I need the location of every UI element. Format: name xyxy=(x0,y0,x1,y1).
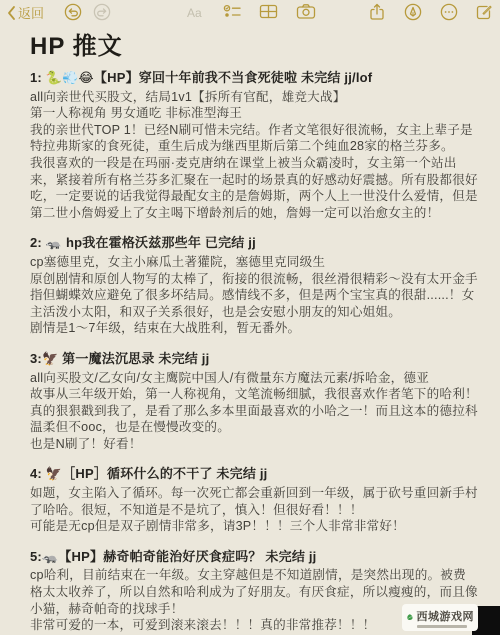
entry-header: 5:🦡【HP】赫奇帕奇能治好厌食症吗？ 未完结 jj xyxy=(30,549,478,566)
rec-entry-2: 2: 🦡 hp我在霍格沃兹那些年 已完结 jj cp塞德里克，女主小麻瓜土著獾院… xyxy=(30,235,478,337)
entry-header: 4: 🦅［HP］循环什么的不干了 未完结 jj xyxy=(30,466,478,483)
share-button[interactable] xyxy=(369,3,385,21)
table-icon xyxy=(259,3,278,20)
back-chevron-icon xyxy=(6,5,16,21)
back-button[interactable]: 返回 xyxy=(6,3,44,22)
entry-line: all向买股文/乙女向/女主鹰院中国人/有微量东方魔法元素/拆哈金，德亚 xyxy=(30,370,478,387)
undo-icon xyxy=(64,3,82,21)
entry-line: 第一人称视角 男女通吃 非标准型海王 xyxy=(30,105,478,122)
share-icon xyxy=(369,3,385,21)
watermark-leaf-logo-icon xyxy=(406,610,414,625)
more-button[interactable] xyxy=(440,3,458,21)
note-content[interactable]: HP 推文 1: 🐍💨😂【HP】穿回十年前我不当食死徒啦 未完结 jj/lof … xyxy=(0,27,500,635)
entry-header: 2: 🦡 hp我在霍格沃兹那些年 已完结 jj xyxy=(30,235,478,252)
table-button[interactable] xyxy=(259,3,278,20)
entry-line: 我很喜欢的一段是在玛丽·麦克唐纳在课堂上被当众霸凌时，女主第一个站出来，紧接着所… xyxy=(30,155,478,221)
back-label: 返回 xyxy=(18,3,44,22)
note-title: HP 推文 xyxy=(30,33,478,61)
entry-header: 3:🦅 第一魔法沉思录 未完结 jj xyxy=(30,351,478,368)
entry-line: 也是N刷了！好看！ xyxy=(30,436,478,453)
watermark-subtext-strip xyxy=(417,625,467,628)
compose-icon xyxy=(475,3,493,21)
checklist-icon xyxy=(223,3,242,20)
entry-line: 故事从三年级开始，第一人称视角，文笔流畅细腻，我很喜欢作者笔下的哈利！真的狠狠戳… xyxy=(30,386,478,436)
camera-icon xyxy=(296,3,316,20)
rec-entry-3: 3:🦅 第一魔法沉思录 未完结 jj all向买股文/乙女向/女主鹰院中国人/有… xyxy=(30,351,478,453)
ellipsis-icon xyxy=(440,3,458,21)
undo-button[interactable] xyxy=(64,3,82,21)
entry-line: 可能是无cp但是双子剧情非常多，请3P！！！三个人非常非常好！ xyxy=(30,518,478,535)
compose-button[interactable] xyxy=(475,3,493,21)
entry-header: 1: 🐍💨😂【HP】穿回十年前我不当食死徒啦 未完结 jj/lof xyxy=(30,70,478,87)
watermark-text: 西城游戏网 xyxy=(417,608,475,624)
entry-line: 我的亲世代TOP 1！已经N刷可惜未完结。作者文笔很好很流畅，女主上辈子是特拉弗… xyxy=(30,122,478,155)
markup-pen-button[interactable] xyxy=(404,3,422,21)
watermark: 西城游戏网 xyxy=(402,604,478,631)
entry-line: 原创剧情和原创人物写的太棒了，衔接的很流畅，很丝滑很精彩～没有太开金手指但蝴蝶效… xyxy=(30,271,478,321)
rec-entry-1: 1: 🐍💨😂【HP】穿回十年前我不当食死徒啦 未完结 jj/lof all向亲世… xyxy=(30,70,478,221)
entry-line: 剧情是1～7年级，结束在大战胜利，暂无番外。 xyxy=(30,320,478,337)
toolbar: 返回 Aa xyxy=(0,0,500,27)
checklist-button[interactable] xyxy=(223,3,242,20)
text-format-button[interactable]: Aa xyxy=(187,6,202,20)
rec-entry-4: 4: 🦅［HP］循环什么的不干了 未完结 jj 如题，女主陷入了循环。每一次死亡… xyxy=(30,466,478,534)
markup-pen-icon xyxy=(404,3,422,21)
redo-button[interactable] xyxy=(93,3,111,21)
camera-button[interactable] xyxy=(296,3,316,20)
text-format-icon: Aa xyxy=(187,6,202,20)
entry-line: 如题，女主陷入了循环。每一次死亡都会重新回到一年级，属于砍号重回新手村了哈哈。很… xyxy=(30,485,478,518)
redo-icon xyxy=(93,3,111,21)
entry-line: all向亲世代买股文，结局1v1【拆所有官配，雄竞大战】 xyxy=(30,89,478,106)
entry-line: cp塞德里克，女主小麻瓜土著獾院，塞德里克同级生 xyxy=(30,254,478,271)
